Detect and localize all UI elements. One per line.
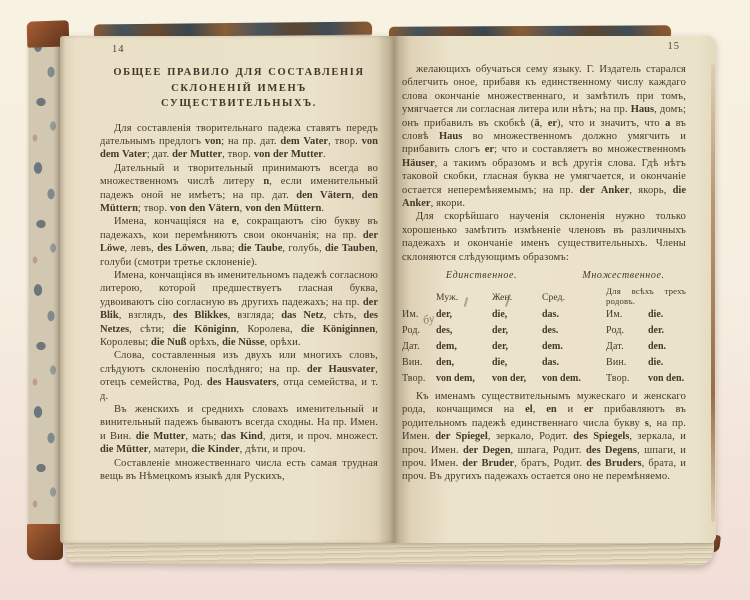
paragraph: Для составленія творительнаго падежа ста… bbox=[100, 122, 378, 162]
page-left: 14 ОБЩЕЕ ПРАВИЛО ДЛЯ СОСТАВЛЕНІЯ СКЛОНЕН… bbox=[60, 36, 394, 543]
paragraph: Для скорѣйшаго наученія склоненія нужно … bbox=[402, 210, 686, 264]
book-photo: 14 ОБЩЕЕ ПРАВИЛО ДЛЯ СОСТАВЛЕНІЯ СКЛОНЕН… bbox=[0, 0, 750, 600]
table-cell-article: von dem. bbox=[542, 372, 606, 385]
section-heading: ОБЩЕЕ ПРАВИЛО ДЛЯ СОСТАВЛЕНІЯ СКЛОНЕНІЙ … bbox=[100, 65, 378, 112]
table-title-singular: Единственное. bbox=[402, 269, 561, 282]
table-cell-article: die, bbox=[492, 356, 542, 369]
paragraph: Составленіе множественнаго числа есть са… bbox=[100, 457, 378, 484]
table-cell-article: des, bbox=[436, 324, 492, 337]
paragraph: Въ женскихъ и среднихъ словахъ именитель… bbox=[100, 403, 378, 457]
right-page-text: желающихъ обучаться сему языку. Г. Издат… bbox=[402, 63, 686, 484]
open-book-pages: 14 ОБЩЕЕ ПРАВИЛО ДЛЯ СОСТАВЛЕНІЯ СКЛОНЕН… bbox=[60, 36, 716, 543]
table-cell-article: der, bbox=[436, 308, 492, 321]
table-cell-article: der. bbox=[648, 324, 686, 337]
table-cell-case: Вин. bbox=[606, 356, 648, 369]
marbled-board-edge bbox=[29, 30, 60, 558]
left-page-text: ОБЩЕЕ ПРАВИЛО ДЛЯ СОСТАВЛЕНІЯ СКЛОНЕНІЙ … bbox=[100, 65, 378, 483]
gutter-shadow bbox=[378, 36, 410, 543]
table-cell-article: die, bbox=[492, 308, 542, 321]
table-cell-case: Род. bbox=[606, 324, 648, 337]
table-cell-article: den. bbox=[648, 340, 686, 353]
paragraph: Къ именамъ существительнымъ мужескаго и … bbox=[402, 390, 686, 484]
table-cell-article: das. bbox=[542, 308, 606, 321]
leather-corner-bottom-left bbox=[27, 524, 63, 560]
table-cell-article: des. bbox=[542, 324, 606, 337]
table-cell-article: der, bbox=[492, 340, 542, 353]
paragraph: Имена, кончащіяся на e, сокращаютъ сію б… bbox=[100, 215, 378, 269]
paragraph: желающихъ обучаться сему языку. Г. Издат… bbox=[402, 63, 686, 210]
table-cell-article: von der, bbox=[492, 372, 542, 385]
table-cell-article: das. bbox=[542, 356, 606, 369]
declension-table-titles: Единственное. Множественное. bbox=[402, 269, 686, 282]
table-header-feminine: Жен. bbox=[492, 292, 542, 305]
table-cell-case: Им. bbox=[606, 308, 648, 321]
table-title-plural: Множественное. bbox=[561, 269, 686, 282]
page-number-left: 14 bbox=[112, 44, 125, 55]
table-cell-article: von den. bbox=[648, 372, 686, 385]
paragraph: Имена, кончащіяся въ именительномъ падеж… bbox=[100, 269, 378, 349]
table-cell-case: Твор. bbox=[606, 372, 648, 385]
table-cell-article: dem. bbox=[542, 340, 606, 353]
table-cell-article: der, bbox=[492, 324, 542, 337]
paragraph: Дательный и творительный принимаютъ всег… bbox=[100, 162, 378, 216]
table-cell-article: dem, bbox=[436, 340, 492, 353]
fore-edge-line bbox=[711, 64, 715, 522]
table-cell-article: den, bbox=[436, 356, 492, 369]
page-number-right: 15 bbox=[668, 41, 681, 52]
table-header-neuter: Сред. bbox=[542, 292, 606, 305]
table-cell-article: von dem, bbox=[436, 372, 492, 385]
declension-table: Единственное. Множественное. Муж. Жен. С… bbox=[402, 269, 686, 385]
table-cell-article: die. bbox=[648, 356, 686, 369]
paragraph: Слова, составленныя изъ двухъ или многих… bbox=[100, 349, 378, 403]
declension-table-grid: Муж. Жен. Сред. Для всѣхъ трехъ родовъ. … bbox=[402, 286, 686, 386]
table-cell-case: Дат. bbox=[606, 340, 648, 353]
table-cell-article: die. bbox=[648, 308, 686, 321]
table-header-plural: Для всѣхъ трехъ родовъ. bbox=[606, 286, 686, 306]
page-right: 15 желающихъ обучаться сему языку. Г. Из… bbox=[394, 36, 716, 543]
